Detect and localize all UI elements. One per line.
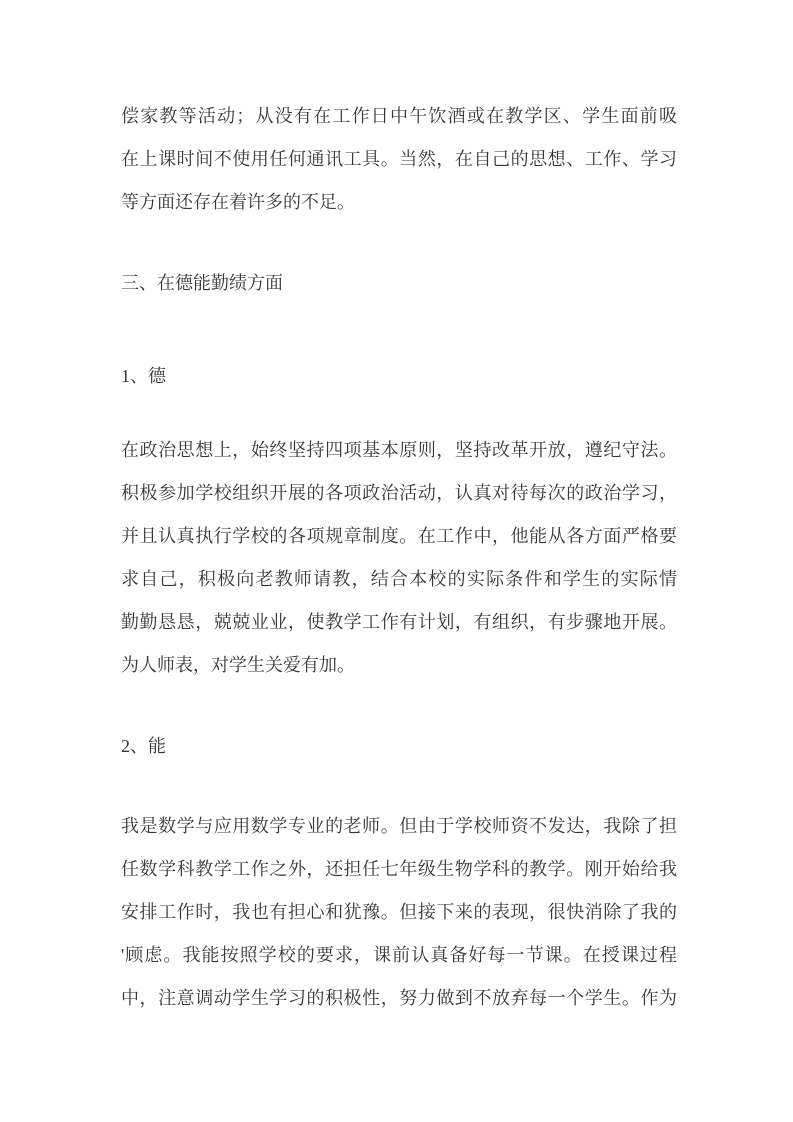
text-line: 为人师表，对学生关爱有加。 bbox=[121, 644, 677, 687]
heading-line: 2、能 bbox=[121, 725, 677, 768]
text-line: '顾虑。我能按照学校的要求，课前认真备好每一节课。在授课过程 bbox=[121, 934, 677, 977]
text-line: 求自己，积极向老教师请教，结合本校的实际条件和学生的实际情况， bbox=[121, 558, 677, 601]
text-line: 在上课时间不使用任何通讯工具。当然，在自己的思想、工作、学习 bbox=[121, 138, 677, 181]
text-line: 等方面还存在着许多的不足。 bbox=[121, 181, 677, 224]
text-line: 偿家教等活动；从没有在工作日中午饮酒或在教学区、学生面前吸烟； bbox=[121, 95, 677, 138]
text-line: 任数学科教学工作之外，还担任七年级生物学科的教学。刚开始给我 bbox=[121, 848, 677, 891]
text-line: 并且认真执行学校的各项规章制度。在工作中，他能从各方面严格要 bbox=[121, 515, 677, 558]
text-line: 中，注意调动学生学习的积极性，努力做到不放弃每一个学生。作为 bbox=[121, 977, 677, 1020]
subheading-2-neng: 2、能 bbox=[121, 725, 677, 768]
document-text: 偿家教等活动；从没有在工作日中午饮酒或在教学区、学生面前吸烟； 在上课时间不使用… bbox=[121, 0, 677, 1020]
document-page: 偿家教等活动；从没有在工作日中午饮酒或在教学区、学生面前吸烟； 在上课时间不使用… bbox=[0, 0, 793, 1122]
paragraph-de-details: 在政治思想上，始终坚持四项基本原则，坚持改革开放，遵纪守法。 积极参加学校组织开… bbox=[121, 429, 677, 687]
text-line: 安排工作时，我也有担心和犹豫。但接下来的表现，很快消除了我的 bbox=[121, 891, 677, 934]
heading-section-three: 三、在德能勤绩方面 bbox=[121, 262, 677, 305]
text-line: 勤勤恳恳，兢兢业业，使教学工作有计划，有组织，有步骤地开展。 bbox=[121, 601, 677, 644]
text-line: 积极参加学校组织开展的各项政治活动，认真对待每次的政治学习， bbox=[121, 472, 677, 515]
subheading-1-de: 1、德 bbox=[121, 355, 677, 398]
heading-line: 三、在德能勤绩方面 bbox=[121, 262, 677, 305]
text-line: 我是数学与应用数学专业的老师。但由于学校师资不发达，我除了担 bbox=[121, 805, 677, 848]
paragraph-continuation: 偿家教等活动；从没有在工作日中午饮酒或在教学区、学生面前吸烟； 在上课时间不使用… bbox=[121, 95, 677, 224]
heading-line: 1、德 bbox=[121, 355, 677, 398]
text-line: 在政治思想上，始终坚持四项基本原则，坚持改革开放，遵纪守法。 bbox=[121, 429, 677, 472]
paragraph-neng-details: 我是数学与应用数学专业的老师。但由于学校师资不发达，我除了担 任数学科教学工作之… bbox=[121, 805, 677, 1020]
